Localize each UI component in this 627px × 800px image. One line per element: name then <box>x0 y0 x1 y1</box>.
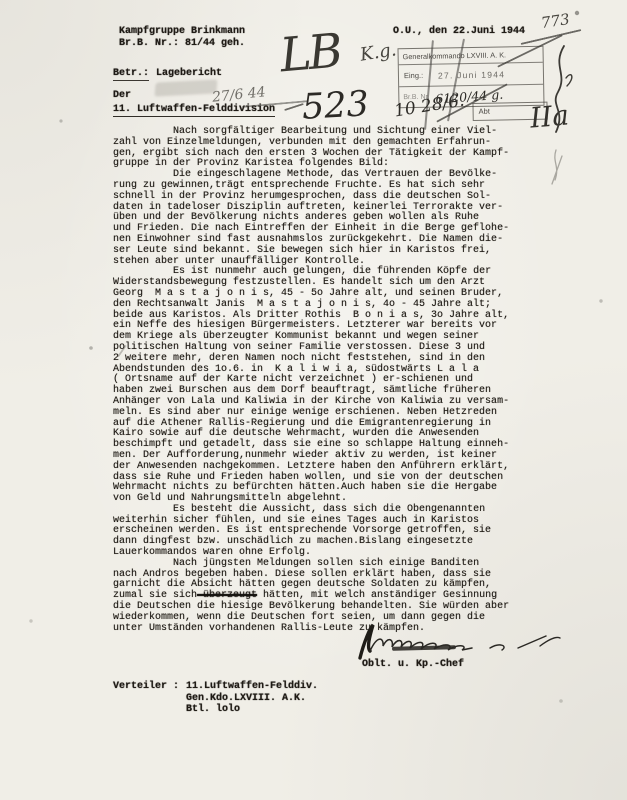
faint-margin-mark <box>548 148 570 188</box>
annotation-lb: LB <box>278 24 342 84</box>
pencil-flourish-scrawl <box>542 44 576 140</box>
distribution-label: Verteiler : <box>113 681 179 716</box>
scan-noise-specks <box>0 0 2 2</box>
annotation-523: 523 <box>301 84 370 127</box>
place-date: O.U., den 22.Juni 1944 <box>393 26 525 38</box>
strike-through-1944 <box>521 29 582 45</box>
subject-line: Betr.:Lagebericht <box>113 68 222 80</box>
faint-stamp-smudge <box>154 79 217 96</box>
subject-label: Betr.: <box>113 68 149 81</box>
stamp-received-label: Eing.: <box>404 71 438 81</box>
annotation-pencil-date: 27/6 44 <box>211 84 266 106</box>
subject-value: Lagebericht <box>156 68 222 79</box>
report-body: Nach sorgfältiger Bearbeitung und Sichtu… <box>113 127 525 634</box>
distribution-list: 11.Luftwaffen-Felddiv. Gen.Kdo.LXVIII. A… <box>186 681 318 716</box>
body-paragraph-3: Es ist nunmehr auch gelungen, die führen… <box>113 267 525 505</box>
distribution-block: Verteiler : 11.Luftwaffen-Felddiv. Gen.K… <box>113 681 318 716</box>
annotation-kg: K.g. <box>359 39 398 65</box>
signature-scrawl <box>350 622 585 664</box>
annotation-773: 773 <box>540 10 571 32</box>
letterhead: Kampfgruppe Brinkmann Br.B. Nr.: 81/44 g… <box>119 26 245 49</box>
document-page: Kampfgruppe Brinkmann Br.B. Nr.: 81/44 g… <box>0 0 627 800</box>
unit-name: Kampfgruppe Brinkmann <box>119 26 245 38</box>
stamp-received-date: 27. Juni 1944 <box>438 69 505 80</box>
der-line: Der <box>113 90 131 102</box>
body-paragraph-1: Nach sorgfältiger Bearbeitung und Sichtu… <box>113 127 525 170</box>
reference-number: Br.B. Nr.: 81/44 geh. <box>119 38 245 50</box>
stamp-received-row: Eing.: 27. Juni 1944 <box>399 63 543 88</box>
body-paragraph-2: Die eingeschlagene Methode, das Vertraue… <box>113 170 525 267</box>
signature-title: Oblt. u. Kp.-Chef <box>362 659 464 671</box>
body-paragraph-4: Es besteht die Aussicht, dass sich die O… <box>113 505 525 559</box>
p5-struck-word: überzeugt <box>197 590 257 601</box>
